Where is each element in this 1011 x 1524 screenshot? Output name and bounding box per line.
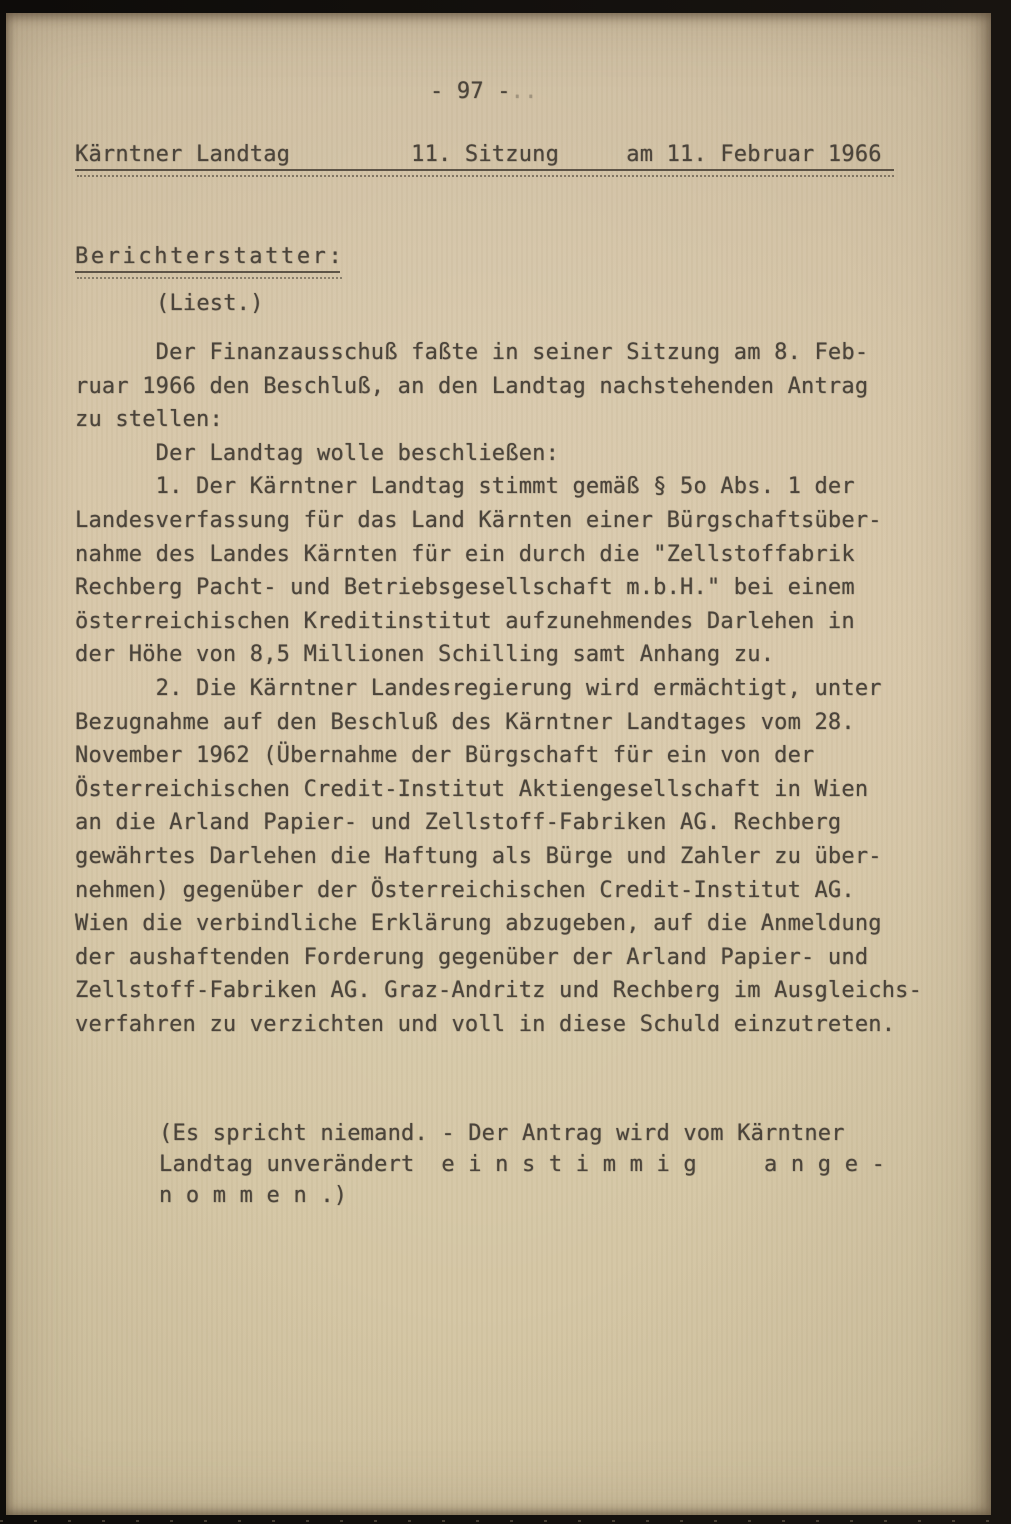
page-number-text: - 97 - bbox=[430, 79, 511, 104]
document-page: - 97 -.. Kärntner Landtag 11. Sitzung am… bbox=[6, 13, 991, 1515]
stage-direction: (Liest.) bbox=[156, 289, 264, 319]
speaker-heading: Berichterstatter: bbox=[75, 242, 344, 272]
scan-frame: - 97 -.. Kärntner Landtag 11. Sitzung am… bbox=[0, 0, 1011, 1524]
film-edge-ticks bbox=[0, 1520, 1011, 1522]
body-text: Der Finanzausschuß faßte in seiner Sitzu… bbox=[75, 336, 922, 1041]
page-number: - 97 -.. bbox=[430, 77, 538, 107]
session-header-line: Kärntner Landtag 11. Sitzung am 11. Febr… bbox=[75, 140, 894, 170]
closing-remark: (Es spricht niemand. - Der Antrag wird v… bbox=[159, 1118, 885, 1211]
page-number-artifact-dots: .. bbox=[511, 79, 538, 104]
